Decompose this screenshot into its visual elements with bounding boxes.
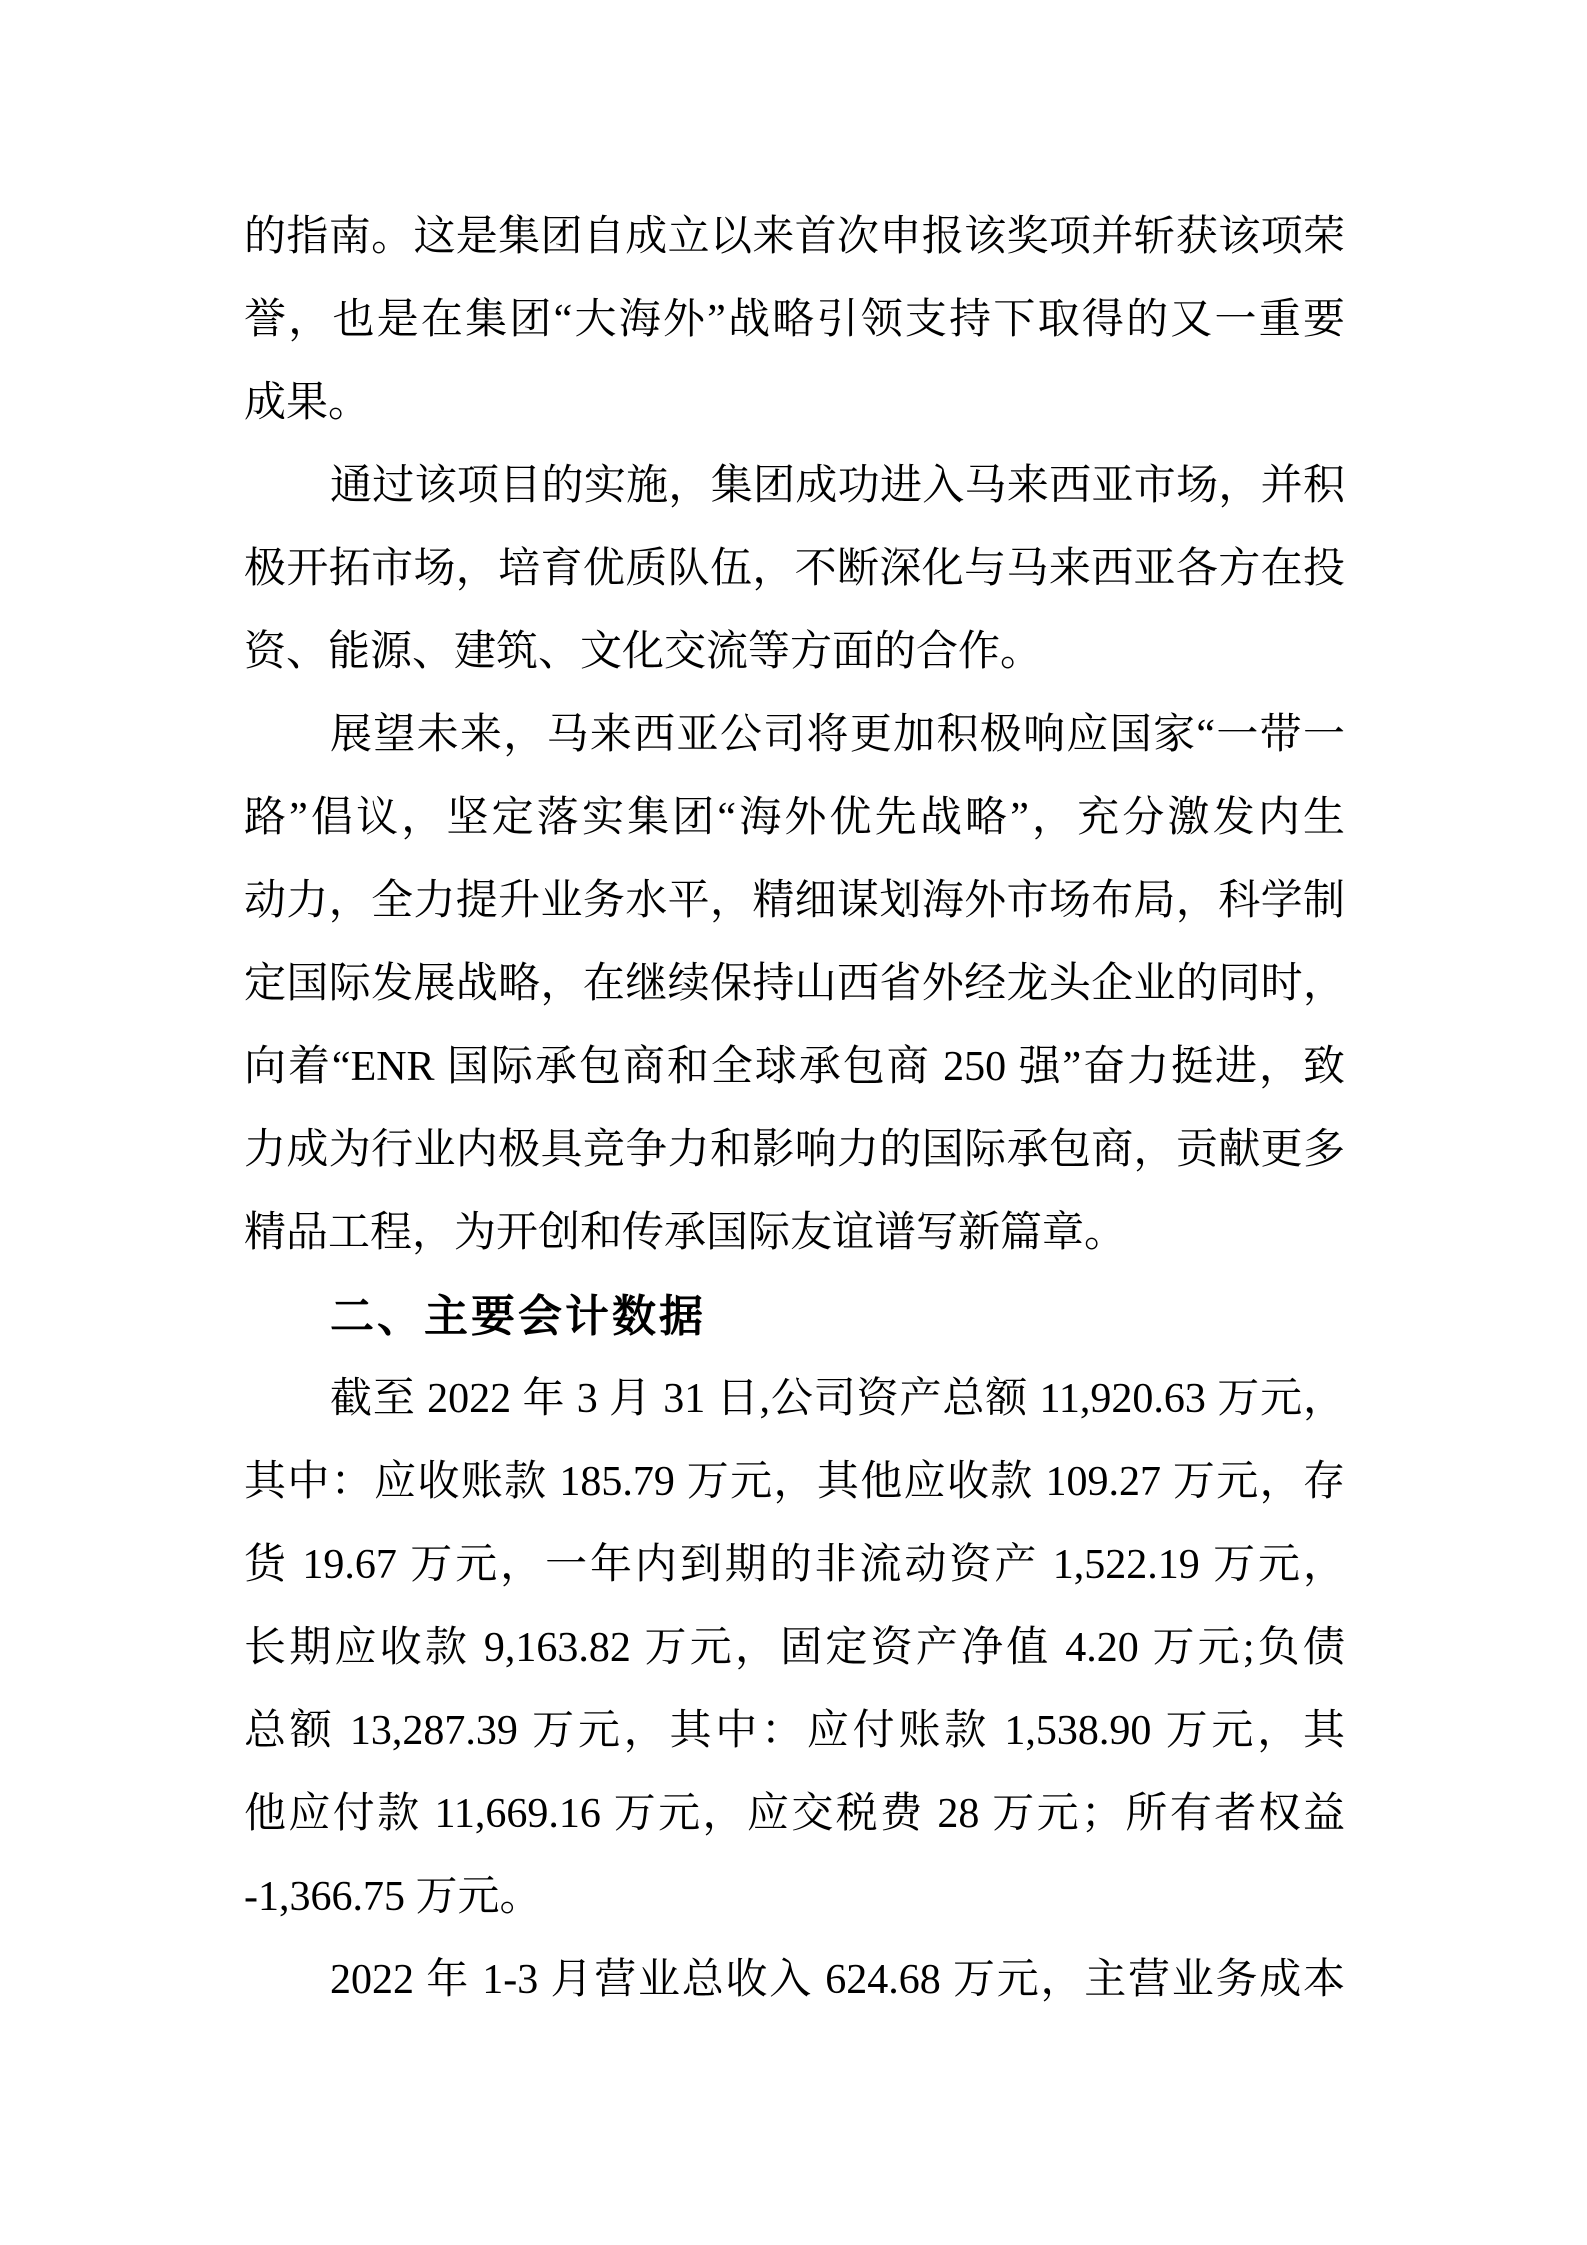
text-line: 的指南。这是集团自成立以来首次申报该奖项并斩获该项荣 <box>244 196 1345 279</box>
text-line: 通过该项目的实施，集团成功进入马来西亚市场，并积 <box>244 445 1345 528</box>
text-line: 其中：应收账款 185.79 万元，其他应收款 109.27 万元，存 <box>244 1441 1345 1524</box>
text-line: 成果。 <box>244 362 1345 445</box>
text-line: 极开拓市场，培育优质队伍，不断深化与马来西亚各方在投 <box>244 528 1345 611</box>
section-heading: 二、主要会计数据 <box>244 1275 1345 1358</box>
text-line: 资、能源、建筑、文化交流等方面的合作。 <box>244 611 1345 694</box>
text-line: 截至 2022 年 3 月 31 日,公司资产总额 11,920.63 万元， <box>244 1358 1345 1441</box>
text-line: 力成为行业内极具竞争力和影响力的国际承包商，贡献更多 <box>244 1109 1345 1192</box>
text-line: 总额 13,287.39 万元，其中：应付账款 1,538.90 万元，其 <box>244 1690 1345 1773</box>
text-line: 誉，也是在集团“大海外”战略引领支持下取得的又一重要 <box>244 279 1345 362</box>
document-page: 的指南。这是集团自成立以来首次申报该奖项并斩获该项荣 誉，也是在集团“大海外”战… <box>0 0 1587 2245</box>
text-line: 展望未来，马来西亚公司将更加积极响应国家“一带一 <box>244 694 1345 777</box>
text-line: 2022 年 1-3 月营业总收入 624.68 万元，主营业务成本 <box>244 1939 1345 2022</box>
text-line: 动力，全力提升业务水平，精细谋划海外市场布局，科学制 <box>244 860 1345 943</box>
text-line: 向着“ENR 国际承包商和全球承包商 250 强”奋力挺进，致 <box>244 1026 1345 1109</box>
text-line: -1,366.75 万元。 <box>244 1856 1345 1939</box>
text-line: 路”倡议，坚定落实集团“海外优先战略”，充分激发内生 <box>244 777 1345 860</box>
text-line: 货 19.67 万元，一年内到期的非流动资产 1,522.19 万元， <box>244 1524 1345 1607</box>
text-line: 他应付款 11,669.16 万元，应交税费 28 万元；所有者权益 <box>244 1773 1345 1856</box>
document-text-block: 的指南。这是集团自成立以来首次申报该奖项并斩获该项荣 誉，也是在集团“大海外”战… <box>244 196 1345 2022</box>
text-line: 定国际发展战略，在继续保持山西省外经龙头企业的同时， <box>244 943 1345 1026</box>
text-line: 精品工程，为开创和传承国际友谊谱写新篇章。 <box>244 1192 1345 1275</box>
text-line: 长期应收款 9,163.82 万元，固定资产净值 4.20 万元;负债 <box>244 1607 1345 1690</box>
